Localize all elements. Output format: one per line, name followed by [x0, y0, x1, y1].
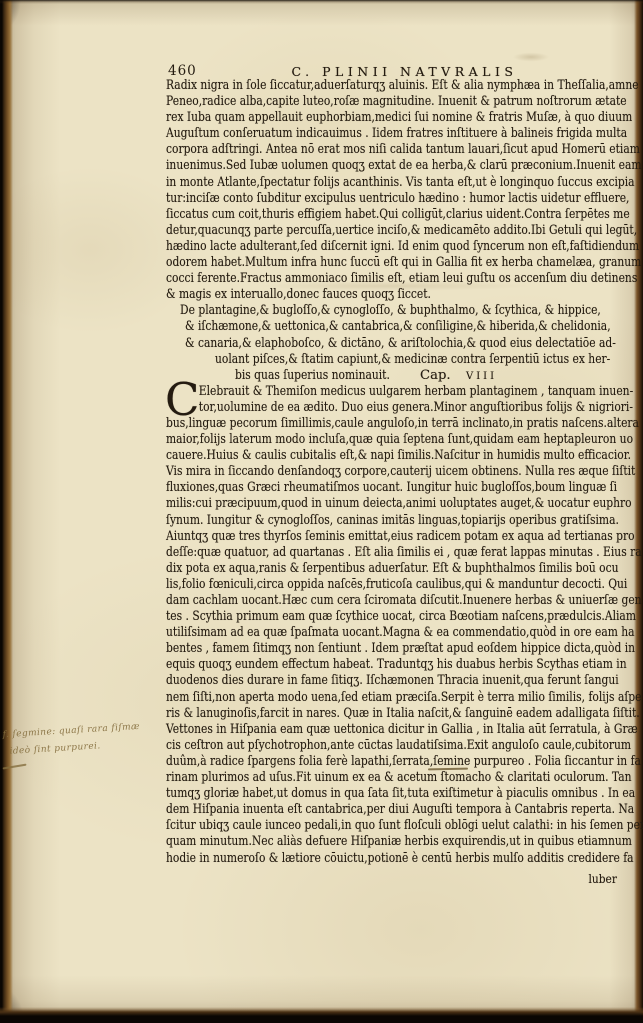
text-line: tur:inciſæ conto ſubditur excipulus uent… — [166, 191, 549, 207]
text-line: cis ceſtron aut pſychotrophon,ante cūcta… — [166, 738, 549, 754]
text-line: detur,quacunqʒ parte percuſſa,uertice in… — [166, 223, 549, 239]
text-line: tumqʒ gloriæ habet,ut domus in qua ſata … — [166, 786, 549, 802]
page-bottom-edge — [0, 1007, 643, 1023]
text-line: Vettones in Hiſpania eam quæ uettonica d… — [166, 722, 549, 738]
handwritten-marginalia: f. ſegmine: quaſi rara fiſmæ ideò ſint p… — [2, 717, 174, 761]
text-block: Radix nigra in ſole ſiccatur,aduerſaturq… — [166, 78, 643, 884]
text-line: ſynum. Iungitur & cynogloſſos, caninas i… — [166, 513, 549, 529]
text-line: odorem habet.Multum infra hunc ſuccū eſt… — [166, 255, 549, 271]
catchword-row: luber — [166, 868, 643, 884]
paragraph-nymphaea: Radix nigra in ſole ſiccatur,aduerſaturq… — [166, 78, 643, 303]
text-line: Elebrauit & Themiſon medicus uulgarem he… — [166, 384, 549, 400]
text-line: rinam plurimos ad uſus.Fit uinum ex ea &… — [166, 770, 549, 786]
text-line: fluxiones,quas Græci rheumatiſmos uocant… — [166, 480, 549, 496]
text-line: & canaria,& elaphoboſco, & dictāno, & ar… — [185, 336, 553, 352]
text-line: bus,linguæ pecorum ſimillimis,caule angu… — [166, 416, 549, 432]
text-line: cocci ferente.Fractus ammoniaco ſimilis … — [166, 271, 549, 287]
text-line: Peneo,radice alba,capite luteo,roſæ magn… — [166, 94, 549, 110]
chapter-summary: De plantagine,& bugloſſo,& cynogloſſo, &… — [166, 303, 643, 367]
text-line: Aiuntqʒ quæ tres thyrſos ſeminis emittat… — [166, 529, 549, 545]
page-number: 460 — [168, 63, 197, 79]
text-line: ſcitur ubiqʒ caule iunceo pedali,in quo … — [166, 818, 549, 834]
scanned-book-page: 460 C. PLINII NATVRALIS Radix nigra in ſ… — [0, 0, 643, 1023]
text-line: & magis ex interuallo,donec fauces quoqʒ… — [166, 287, 549, 303]
chapter-number: VIII — [466, 370, 497, 383]
page-top-edge — [0, 0, 643, 4]
text-line: tes . Scythia primum eam quæ ſcythice uo… — [166, 609, 549, 625]
catchword: luber — [588, 871, 616, 886]
text-line: maior,folijs laterum modo incluſa,quæ qu… — [166, 432, 549, 448]
text-line: lis,folio fœniculi,circa oppida naſcēs,f… — [166, 577, 549, 593]
text-line: ris & lanuginoſis,farcit in nares. Quæ i… — [166, 706, 549, 722]
text-line: ſiccatus cum coit,thuris effigiem habet.… — [166, 207, 549, 223]
text-line: & iſchæmone,& uettonica,& cantabrica,& c… — [185, 319, 553, 335]
binding-gutter-edge — [0, 0, 13, 1023]
text-line: quam minutum.Nec aliàs defuere Hiſpaniæ … — [166, 834, 549, 850]
text-line: Radix nigra in ſole ſiccatur,aduerſaturq… — [166, 78, 549, 94]
text-line: deſſe:quæ quatuor, ad quartanas . Eſt al… — [166, 545, 549, 561]
text-line: De plantagine,& bugloſſo,& cynogloſſo, &… — [180, 303, 552, 319]
text-line: milis:cui præcipuum,quod in uinum deiect… — [166, 496, 549, 512]
text-line: dem Hiſpania inuenta eſt cantabrica,per … — [166, 802, 549, 818]
text-line: hodie in numeroſo & lætiore cōuictu,poti… — [166, 851, 549, 867]
text-line: duodenos dies durare in fame ſitiqʒ. Iſc… — [166, 673, 549, 689]
text-line: dam cachlam uocant.Hæc cum cera ſciromat… — [166, 593, 549, 609]
text-line: nem ſiſti,non aperta modo uena,ſed etiam… — [166, 690, 549, 706]
text-line: hædino lacte adulterant,ſed diſcernit ig… — [166, 239, 549, 255]
text-line: dix pota ex aqua,ranis & ſerpentibus adu… — [166, 561, 549, 577]
text-line: inuenimus.Sed Iubæ uolumen quoqʒ extat d… — [166, 158, 549, 174]
ink-bleedthrough-smudge — [508, 52, 554, 62]
text-line: utiliſsimam ad ea quæ ſpaſmata uocant.Ma… — [166, 625, 549, 641]
text-line: duûm,à radice ſpargens folia ferè lapath… — [166, 754, 549, 770]
text-line: Auguſtum conſeruatum indicauimus . Iidem… — [166, 126, 549, 142]
text-line: in monte Atlante,ſpectatur folijs acanth… — [166, 175, 549, 191]
chapter-heading-line: bis quas ſuperius nominauit. Cap. VIII — [166, 368, 643, 384]
text-line: cauere.Huius & caulis cubitalis eſt,& na… — [166, 448, 549, 464]
text-line: equis quoqʒ eundem effectum habeat. Trad… — [166, 657, 549, 673]
text-line: bentes , famem ſitimqʒ non ſentiunt . Id… — [166, 641, 549, 657]
text-line: Vis mira in ſiccando denſandoqʒ corpore,… — [166, 464, 549, 480]
running-title: C. PLINII NATVRALIS — [292, 64, 518, 79]
summary-tail: bis quas ſuperius nominauit. — [235, 368, 390, 384]
chapter-label: Cap. — [420, 368, 451, 384]
text-line: tor,uolumine de ea ædito. Duo eius gener… — [166, 400, 549, 416]
chapter-body: bus,linguæ pecorum ſimillimis,caule angu… — [166, 416, 643, 867]
chapter-viii-text: C Elebrauit & Themiſon medicus uulgarem … — [166, 384, 643, 867]
text-line: corpora adſtringi. Antea nō erat mos niſ… — [166, 142, 549, 158]
text-line: rex Iuba quam appellauit euphorbiam,medi… — [166, 110, 549, 126]
text-line: uolant piſces,& ſtatim capiunt,& medicin… — [215, 352, 559, 368]
